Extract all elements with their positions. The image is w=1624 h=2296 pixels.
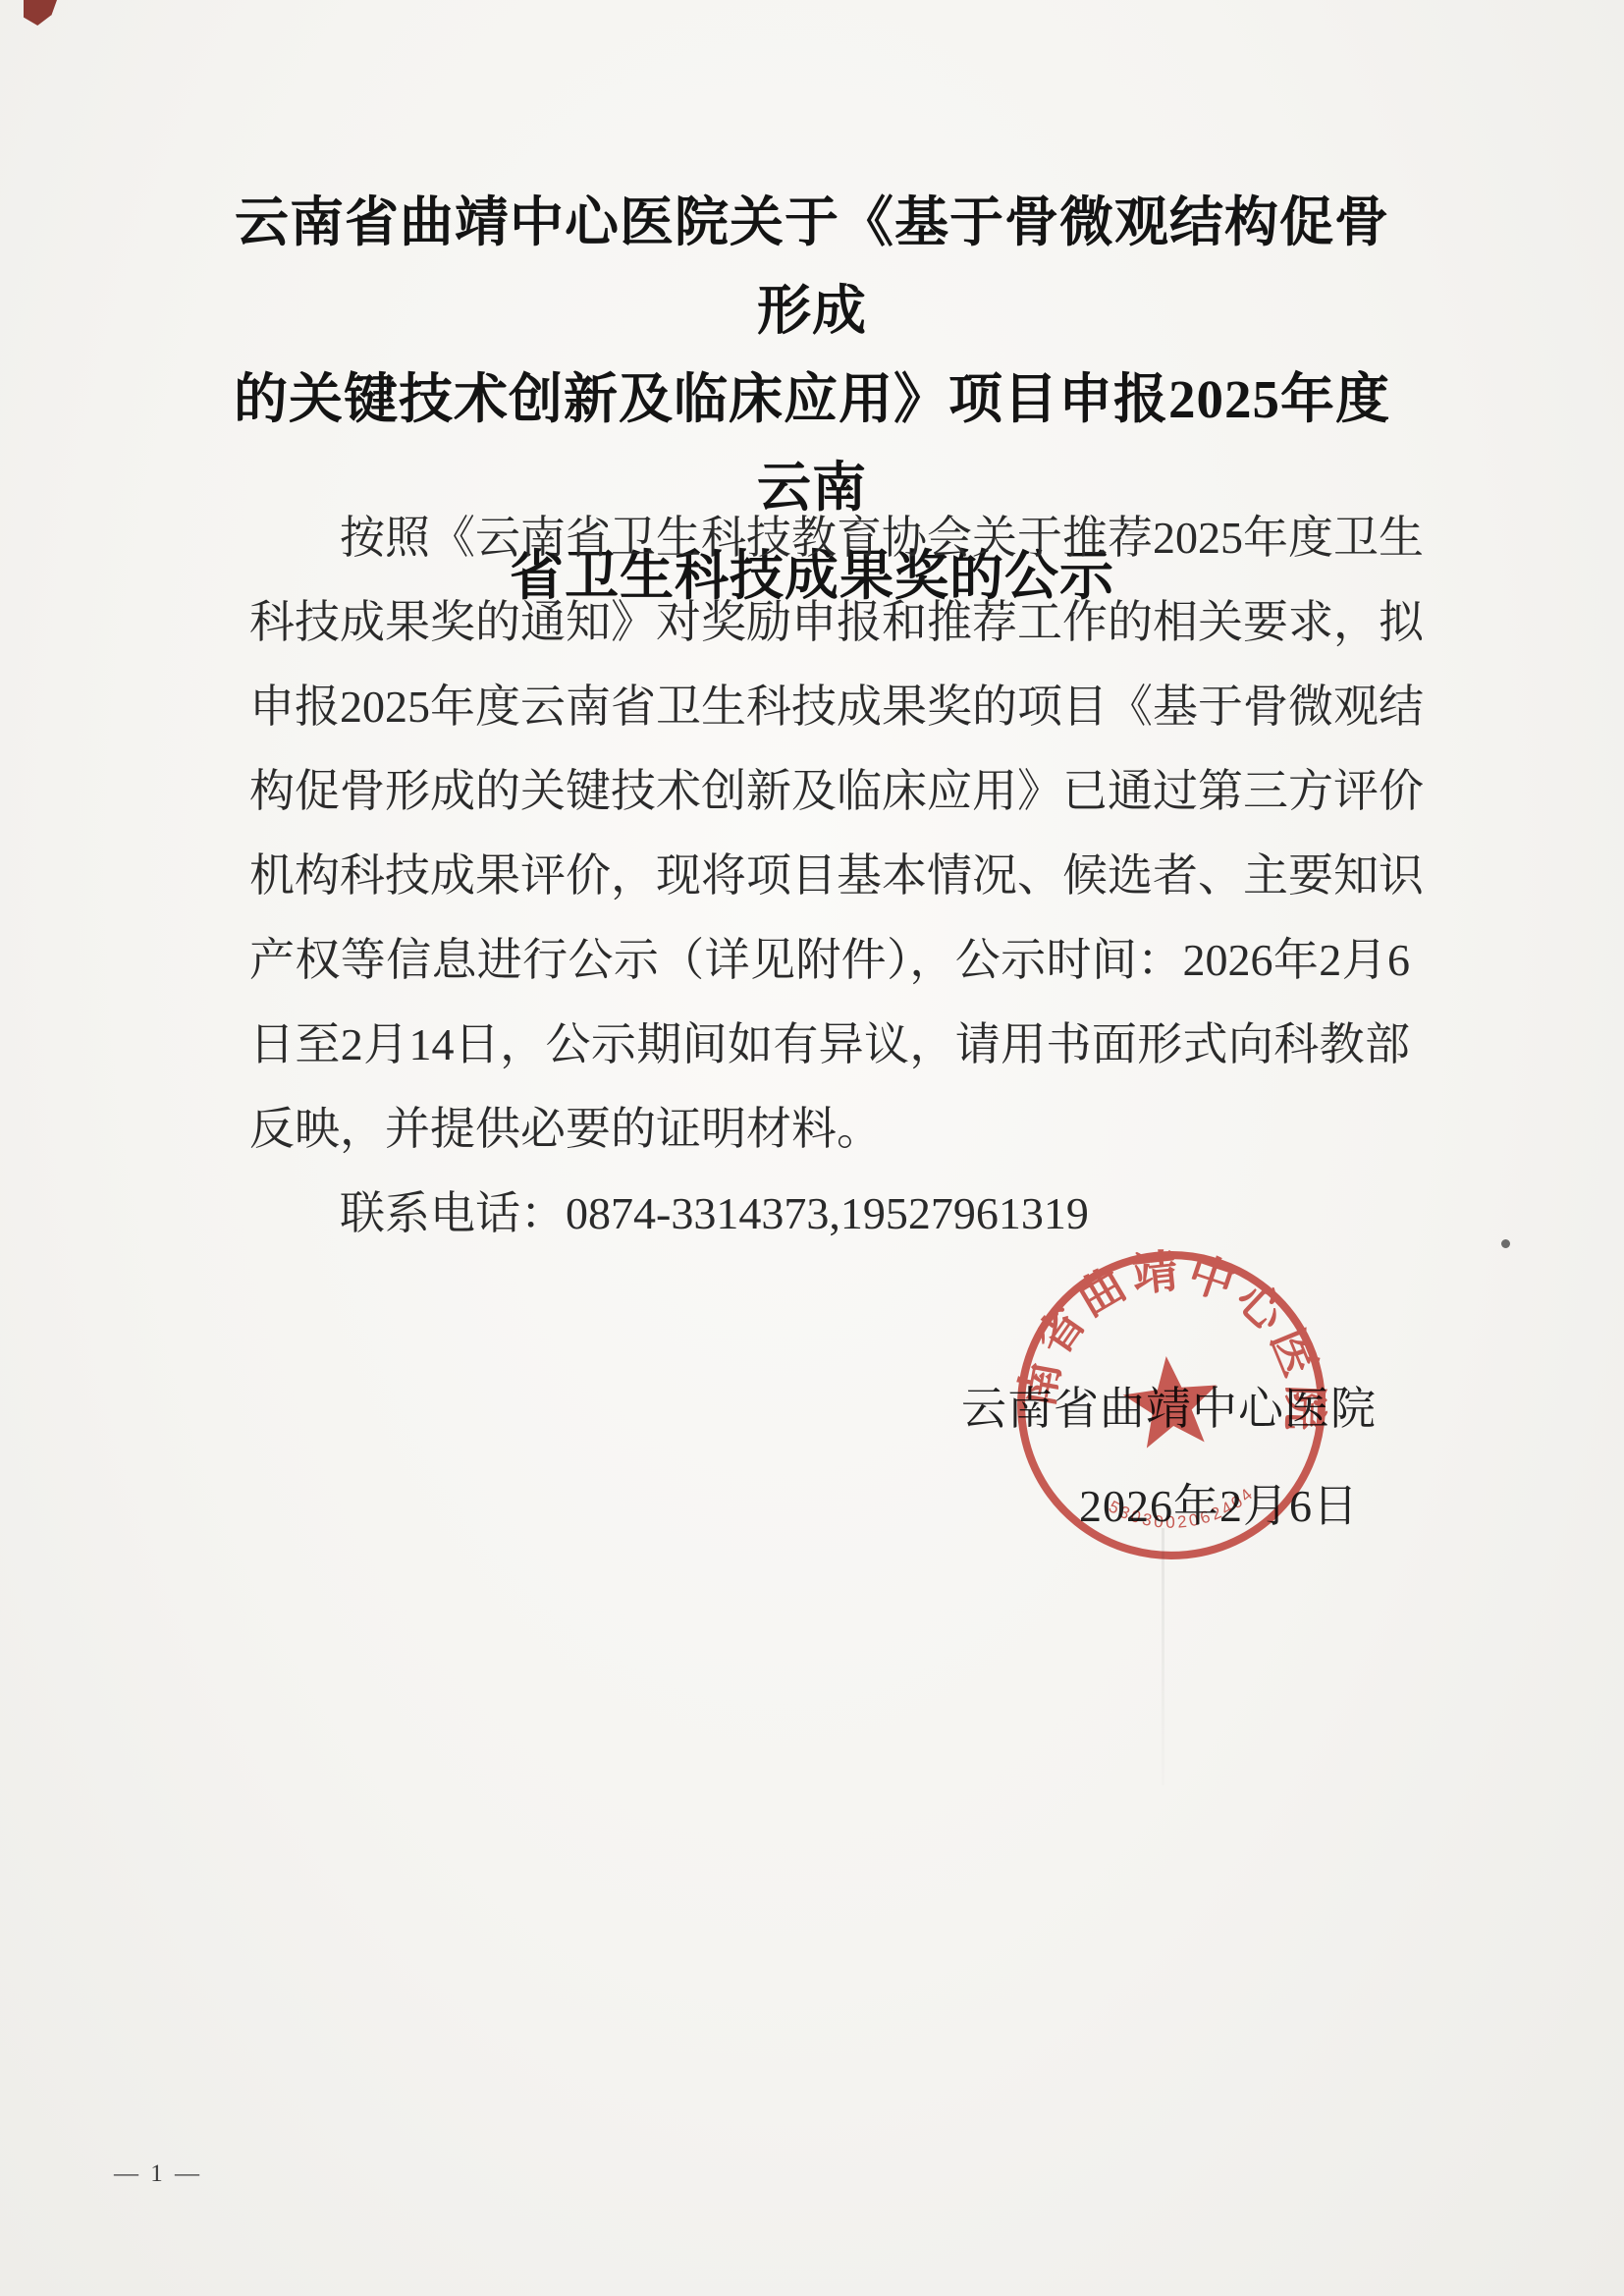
issuer-signature: 云南省曲靖中心医院: [961, 1373, 1377, 1438]
title-line-1: 云南省曲靖中心医院关于《基于骨微观结构促骨形成: [217, 179, 1407, 355]
scan-corner-mark: [24, 0, 57, 26]
body-line: 机构科技成果评价，现将项目基本情况、候选者、主要知识: [249, 834, 1410, 918]
body-line: 科技成果奖的通知》对奖励申报和推荐工作的相关要求，拟: [249, 580, 1410, 665]
document-body: 按照《云南省卫生科技教育协会关于推荐2025年度卫生 科技成果奖的通知》对奖励申…: [249, 496, 1410, 1256]
page-number: — 1 —: [114, 2160, 202, 2188]
body-line: 按照《云南省卫生科技教育协会关于推荐2025年度卫生: [249, 496, 1410, 580]
scan-speck: [1501, 1239, 1510, 1248]
body-line: 构促骨形成的关键技术创新及临床应用》已通过第三方评价: [249, 749, 1410, 834]
body-line: 日至2月14日，公示期间如有异议，请用书面形式向科教部: [249, 1003, 1410, 1087]
scan-crease: [1162, 1528, 1164, 1785]
scanned-document-page: 云南省曲靖中心医院关于《基于骨微观结构促骨形成 的关键技术创新及临床应用》项目申…: [0, 0, 1624, 2296]
body-line: 产权等信息进行公示（详见附件），公示时间：2026年2月6: [249, 918, 1410, 1003]
issue-date: 2026年2月6日: [1079, 1470, 1359, 1535]
contact-phone-line: 联系电话：0874-3314373,19527961319: [249, 1172, 1410, 1256]
body-line: 申报2025年度云南省卫生科技成果奖的项目《基于骨微观结: [249, 665, 1410, 749]
body-line: 反映，并提供必要的证明材料。: [249, 1087, 1410, 1172]
